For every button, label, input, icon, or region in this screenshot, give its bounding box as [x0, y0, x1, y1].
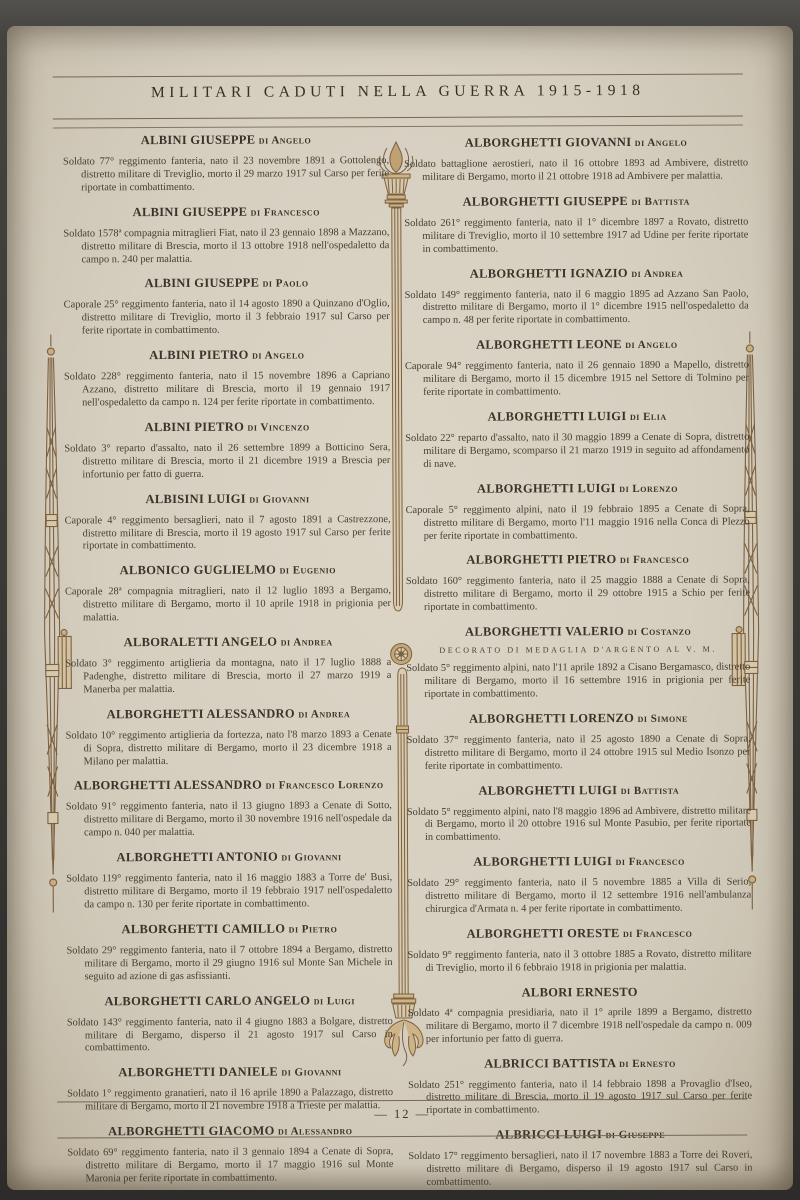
soldier-name: ALBORGHETTI DANIELE	[118, 1065, 278, 1080]
soldier-name: ALBINI PIETRO	[149, 348, 248, 362]
memorial-entry: ALBORALETTI ANGELO di Andrea Soldato 3° …	[65, 634, 391, 697]
entry-text: Soldato 1578ª compagnia mitraglieri Fiat…	[63, 227, 389, 267]
father-name: di Angelo	[252, 350, 304, 362]
memorial-entry: ALBORGHETTI LUIGI di Lorenzo Caporale 5°…	[405, 480, 749, 543]
entry-heading: ALBORGHETTI LORENZO di Simone	[406, 710, 750, 727]
soldier-name: ALBORALETTI ANGELO	[124, 635, 278, 650]
entry-text: Soldato 3° reggimento artiglieria da mon…	[65, 657, 391, 697]
father-name: di Battista	[631, 196, 689, 208]
entry-heading: ALBISINI LUIGI di Giovanni	[64, 491, 390, 507]
entry-heading: ALBORGHETTI GIUSEPPE di Battista	[404, 193, 748, 210]
father-name: di Andrea	[281, 636, 333, 648]
entry-heading: ALBORGHETTI DANIELE di Giovanni	[67, 1064, 393, 1080]
entry-text: Soldato 29° reggimento fanteria, nato il…	[66, 944, 392, 984]
entry-text: Soldato 17° reggimento bersaglieri, nato…	[408, 1150, 752, 1190]
soldier-name: ALBINI GIUSEPPE	[133, 204, 248, 218]
memorial-entry: ALBORGHETTI GIACOMO di Alessandro Soldat…	[67, 1123, 393, 1186]
entry-heading: ALBINI GIUSEPPE di Angelo	[63, 132, 389, 148]
entry-text: Soldato 4ª compagnia presidiaria, nato i…	[408, 1006, 752, 1046]
soldier-name: ALBISINI LUIGI	[145, 491, 245, 505]
entry-heading: ALBORGHETTI IGNAZIO di Andrea	[405, 265, 749, 282]
memorial-entry: ALBORGHETTI CAMILLO di Pietro Soldato 29…	[66, 921, 392, 984]
left-column: ALBINI GIUSEPPE di Angelo Soldato 77° re…	[63, 132, 394, 1196]
memorial-entry: ALBINI GIUSEPPE di Angelo Soldato 77° re…	[63, 132, 389, 195]
father-name: di Angelo	[259, 134, 311, 146]
entry-heading: ALBORGHETTI LEONE di Angelo	[405, 337, 749, 354]
entry-text: Soldato 228° reggimento fanteria, nato i…	[64, 370, 390, 410]
entry-text: Soldato 261° reggimento fanteria, nato i…	[404, 216, 748, 256]
entry-text: Caporale 94° reggimento fanteria, nato i…	[405, 360, 749, 400]
soldier-name: ALBINI PIETRO	[145, 420, 244, 434]
entry-text: Soldato 9° reggimento fanteria, nato il …	[407, 948, 751, 975]
memorial-entry: ALBORGHETTI LUIGI di Francesco Soldato 2…	[407, 854, 751, 917]
memorial-entry: ALBONICO GUGLIELMO di Eugenio Caporale 2…	[65, 562, 391, 625]
memorial-entry: ALBINI GIUSEPPE di Francesco Soldato 157…	[63, 204, 389, 267]
entry-heading: ALBORGHETTI GIOVANNI di Angelo	[404, 134, 748, 151]
father-name: di Francesco	[251, 206, 320, 218]
entry-heading: ALBINI PIETRO di Vincenzo	[64, 419, 390, 435]
entry-heading: ALBORGHETTI LUIGI di Battista	[407, 782, 751, 799]
father-name: di Ernesto	[619, 1057, 676, 1069]
entry-text: Caporale 28ª compagnia mitraglieri, nato…	[65, 585, 391, 625]
entry-heading: ALBONICO GUGLIELMO di Eugenio	[65, 562, 391, 578]
father-name: di Pietro	[289, 923, 338, 935]
father-name: di Luigi	[314, 995, 355, 1007]
memorial-entry: ALBORGHETTI ALESSANDRO di Andrea Soldato…	[65, 706, 391, 769]
soldier-name: ALBINI GIUSEPPE	[141, 133, 256, 147]
entry-text: Caporale 25° reggimento fanteria, nato i…	[64, 298, 390, 338]
medal-citation: DECORATO DI MEDAGLIA D'ARGENTO AL V. M.	[406, 645, 750, 656]
father-name: di Angelo	[635, 137, 687, 149]
entry-heading: ALBORGHETTI PIETRO di Francesco	[406, 552, 750, 569]
memorial-entry: ALBORGHETTI ALESSANDRO di Francesco Lore…	[66, 778, 392, 841]
entry-text: Soldato battaglione aerostieri, nato il …	[404, 157, 748, 184]
soldier-name: ALBORGHETTI LUIGI	[488, 409, 627, 424]
soldier-name: ALBORGHETTI ALESSANDRO	[74, 778, 262, 793]
entry-text: Soldato 160° reggimento fanteria, nato i…	[406, 575, 750, 615]
memorial-entry: ALBORGHETTI PIETRO di Francesco Soldato …	[406, 552, 750, 615]
memorial-entry: ALBORGHETTI CARLO ANGELO di Luigi Soldat…	[67, 993, 393, 1056]
memorial-entry: ALBINI GIUSEPPE di Paolo Caporale 25° re…	[64, 275, 390, 338]
father-name: di Paolo	[263, 278, 309, 290]
entry-text: Soldato 37° reggimento fanteria, nato il…	[407, 733, 751, 773]
soldier-name: ALBINI GIUSEPPE	[145, 276, 260, 290]
memorial-entry: ALBORGHETTI LUIGI di Battista Soldato 5°…	[407, 782, 751, 845]
entry-heading: ALBORGHETTI ANTONIO di Giovanni	[66, 849, 392, 865]
entry-heading: ALBRICCI BATTISTA di Ernesto	[408, 1055, 752, 1072]
entry-text: Soldato 3° reparto d'assalto, nato il 26…	[64, 442, 390, 482]
entry-text: Soldato 29° reggimento fanteria, nato il…	[407, 877, 751, 917]
entry-heading: ALBORGHETTI CAMILLO di Pietro	[66, 921, 392, 937]
memorial-entry: ALBORGHETTI ANTONIO di Giovanni Soldato …	[66, 849, 392, 912]
entry-text: Soldato 69° reggimento fanteria, nato il…	[67, 1146, 393, 1186]
soldier-name: ALBORGHETTI IGNAZIO	[470, 266, 628, 281]
soldier-name: ALBONICO GUGLIELMO	[120, 563, 277, 578]
soldier-name: ALBORGHETTI LORENZO	[469, 711, 634, 726]
entry-heading: ALBORGHETTI LUIGI di Lorenzo	[405, 480, 749, 497]
entry-text: Soldato 22° reparto d'assalto, nato il 3…	[405, 431, 749, 471]
right-column: ALBORGHETTI GIOVANNI di Angelo Soldato b…	[404, 134, 753, 1199]
soldier-name: ALBRICCI BATTISTA	[484, 1056, 615, 1071]
soldier-name: ALBORGHETTI LUIGI	[473, 854, 612, 869]
soldier-name: ALBORGHETTI CARLO ANGELO	[104, 993, 310, 1008]
soldier-name: ALBORGHETTI ALESSANDRO	[107, 706, 295, 721]
header-rule-bottom	[53, 124, 743, 128]
entry-text: Caporale 4° reggimento bersaglieri, nato…	[65, 514, 391, 554]
father-name: di Giovanni	[281, 1067, 341, 1079]
memorial-entry: ALBORGHETTI LORENZO di Simone Soldato 37…	[406, 710, 750, 773]
father-name: di Angelo	[625, 339, 677, 351]
entry-text: Caporale 5° reggimento alpini, nato il 1…	[406, 503, 750, 543]
soldier-name: ALBORGHETTI LUIGI	[477, 481, 616, 496]
father-name: di Elia	[630, 411, 667, 423]
father-name: di Francesco	[623, 928, 692, 940]
memorial-entry: ALBORGHETTI IGNAZIO di Andrea Soldato 14…	[405, 265, 749, 328]
memorial-entry: ALBINI PIETRO di Angelo Soldato 228° reg…	[64, 347, 390, 410]
entry-heading: ALBORGHETTI LUIGI di Elia	[405, 408, 749, 425]
entry-text: Soldato 10° reggimento artiglieria da fo…	[66, 729, 392, 769]
father-name: di Francesco	[620, 554, 689, 566]
father-name: di Francesco	[616, 856, 685, 868]
entry-text: Soldato 77° reggimento fanteria, nato il…	[63, 155, 389, 195]
soldier-name: ALBORGHETTI GIOVANNI	[465, 135, 632, 150]
father-name: di Vincenzo	[247, 421, 309, 433]
entry-text: Soldato 5° reggimento alpini, nato l'8 m…	[407, 805, 751, 845]
entry-heading: ALBORGHETTI ALESSANDRO di Francesco Lore…	[66, 778, 392, 794]
father-name: di Giovanni	[249, 493, 309, 505]
book-page: MILITARI CADUTI NELLA GUERRA 1915-1918	[7, 26, 793, 1190]
memorial-entry: ALBISINI LUIGI di Giovanni Caporale 4° r…	[64, 491, 390, 554]
father-name: di Andrea	[298, 708, 350, 720]
entry-heading: ALBORGHETTI ORESTE di Francesco	[407, 925, 751, 942]
entry-heading: ALBINI GIUSEPPE di Francesco	[63, 204, 389, 220]
soldier-name: ALBORI ERNESTO	[522, 985, 638, 1000]
header-rule-top	[53, 73, 743, 77]
soldier-name: ALBORGHETTI PIETRO	[466, 552, 616, 567]
entry-heading: ALBORGHETTI ALESSANDRO di Andrea	[65, 706, 391, 722]
soldier-name: ALBORGHETTI VALERIO	[465, 624, 624, 639]
memorial-entry: ALBORGHETTI ORESTE di Francesco Soldato …	[407, 925, 751, 975]
memorial-entry: ALBORGHETTI GIOVANNI di Angelo Soldato b…	[404, 134, 748, 184]
entry-heading: ALBINI PIETRO di Angelo	[64, 347, 390, 363]
memorial-entry: ALBINI PIETRO di Vincenzo Soldato 3° rep…	[64, 419, 390, 482]
father-name: di Costanzo	[628, 626, 692, 638]
memorial-entry: ALBORGHETTI LUIGI di Elia Soldato 22° re…	[405, 408, 749, 471]
memorial-entry: ALBORI ERNESTO Soldato 4ª compagnia pres…	[408, 984, 752, 1046]
soldier-name: ALBORGHETTI ANTONIO	[117, 850, 278, 865]
entry-text: Soldato 91° reggimento fanteria, nato il…	[66, 801, 392, 841]
memorial-entry: ALBORGHETTI LEONE di Angelo Caporale 94°…	[405, 337, 749, 400]
entry-text: Soldato 149° reggimento fanteria, nato i…	[405, 288, 749, 328]
entry-heading: ALBORI ERNESTO	[408, 984, 752, 1000]
header-rule-mid	[53, 115, 743, 119]
father-name: di Simone	[638, 713, 688, 725]
entry-heading: ALBINI GIUSEPPE di Paolo	[64, 275, 390, 291]
father-name: di Lorenzo	[619, 482, 678, 494]
entry-text: Soldato 5° reggimento alpini, nato l'11 …	[406, 662, 750, 702]
father-name: di Eugenio	[280, 565, 336, 577]
father-name: di Battista	[621, 784, 679, 796]
soldier-name: ALBORGHETTI LUIGI	[478, 783, 617, 798]
soldier-name: ALBORGHETTI CAMILLO	[121, 921, 285, 936]
memorial-entry: ALBORGHETTI GIUSEPPE di Battista Soldato…	[404, 193, 748, 256]
soldier-name: ALBORGHETTI LEONE	[476, 337, 622, 352]
father-name: di Giovanni	[281, 851, 341, 863]
father-name: di Francesco Lorenzo	[266, 780, 384, 793]
entry-heading: ALBORGHETTI CARLO ANGELO di Luigi	[67, 993, 393, 1009]
entry-text: Soldato 119° reggimento fanteria, nato i…	[66, 872, 392, 912]
page-title: MILITARI CADUTI NELLA GUERRA 1915-1918	[5, 81, 791, 102]
soldier-name: ALBORGHETTI ORESTE	[467, 926, 620, 941]
memorial-entry: ALBORGHETTI VALERIO di Costanzo DECORATO…	[406, 624, 750, 702]
father-name: di Andrea	[631, 267, 683, 279]
entry-text: Soldato 143° reggimento fanteria, nato i…	[67, 1016, 393, 1056]
entry-heading: ALBORALETTI ANGELO di Andrea	[65, 634, 391, 650]
entry-heading: ALBORGHETTI VALERIO di Costanzo	[406, 624, 750, 641]
entry-heading: ALBORGHETTI LUIGI di Francesco	[407, 854, 751, 871]
soldier-name: ALBORGHETTI GIUSEPPE	[463, 194, 628, 209]
